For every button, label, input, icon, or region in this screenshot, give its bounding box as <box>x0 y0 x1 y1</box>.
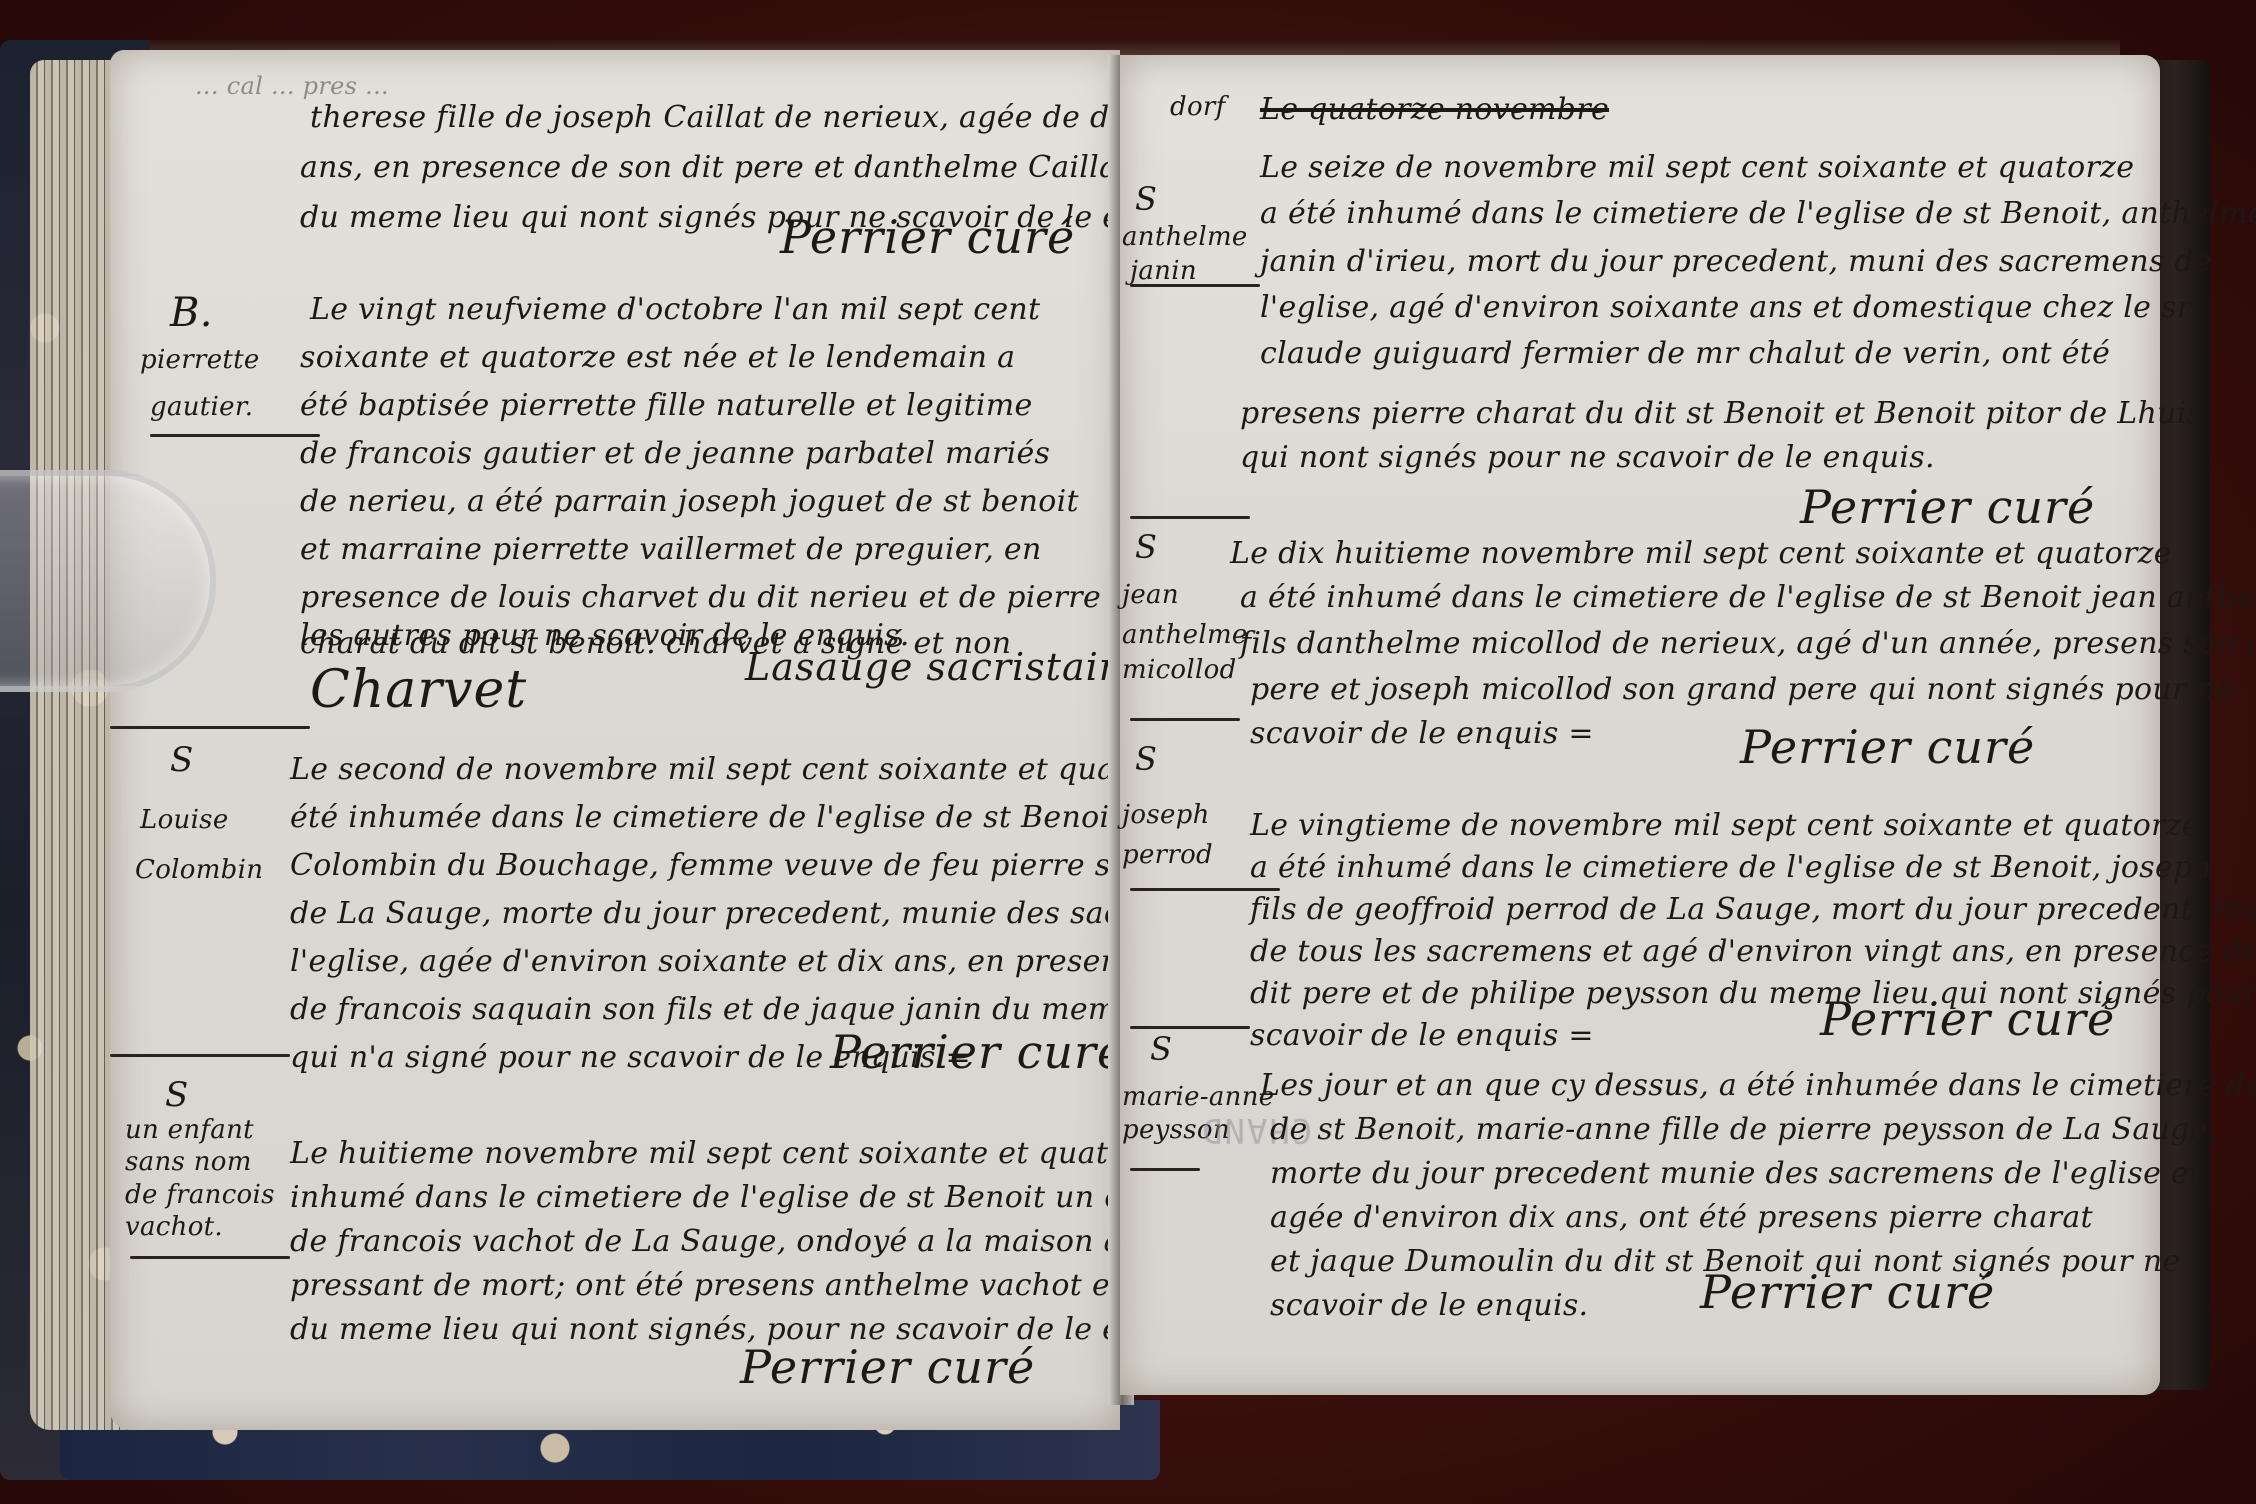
r-entry-4-line-6: scavoir de le enquis. <box>1270 1288 1588 1323</box>
r-entry-1-line-3: janin d'irieu, mort du jour precedent, m… <box>1260 244 2212 279</box>
r-entry-1-line-7: qui nont signés pour ne scavoir de le en… <box>1240 440 1935 475</box>
entry-divider-r1 <box>1130 284 1260 287</box>
entry-1-line-1: Le vingt neufvieme d'octobre l'an mil se… <box>310 292 1040 327</box>
signature-perrier-5: Perrier curé <box>1740 720 2035 774</box>
margin-line-2: sans nom <box>125 1147 252 1177</box>
entry-divider-r2 <box>1130 516 1250 519</box>
transparent-page-weight <box>0 470 216 692</box>
margin-line-1: jean <box>1122 580 1179 610</box>
entry-1-line-6: et marraine pierrette vaillermet de preg… <box>300 532 1042 567</box>
signature-perrier-1: Perrier curé <box>780 210 1075 264</box>
entry-divider-r5 <box>1130 1026 1250 1029</box>
signature-perrier-2: Perrier curé <box>830 1025 1125 1079</box>
entry-1-line-2: soixante et quatorze est née et le lende… <box>300 340 1015 375</box>
margin-line-4: vachot. <box>125 1212 223 1242</box>
signature-charvet: Charvet <box>310 660 527 720</box>
margin-name-first: anthelme <box>1122 222 1248 252</box>
r-entry-2-line-3: fils danthelme micollod de nerieux, agé … <box>1240 626 2256 661</box>
margin-line-2: anthelme <box>1122 620 1248 650</box>
entry-1-line-4: de francois gautier et de jeanne parbate… <box>300 436 1050 471</box>
r-entry-1-line-5: claude guiguard fermier de mr chalut de … <box>1260 336 2110 371</box>
continued-entry-line-1: therese fille de joseph Caillat de nerie… <box>310 100 1164 135</box>
margin-baptism-mark: B. <box>170 290 213 336</box>
entry-1-line-7: presence de louis charvet du dit nerieu … <box>300 580 1101 615</box>
r-entry-1-line-6: presens pierre charat du dit st Benoit e… <box>1240 396 2202 431</box>
margin-note: dorf <box>1170 92 1226 122</box>
margin-name-last: Colombin <box>135 855 263 885</box>
r-entry-4-line-1: Les jour et an que cy dessus, a été inhu… <box>1260 1068 2256 1103</box>
margin-burial-mark: S <box>1135 740 1157 778</box>
entry-2-line-6: de francois saquain son fils et de jaque… <box>290 992 1202 1027</box>
signature-perrier-7: Perrier curé <box>1700 1265 1995 1319</box>
margin-arrow-rule <box>150 434 320 437</box>
r-entry-3-line-1: Le vingtieme de novembre mil sept cent s… <box>1250 808 2200 843</box>
entry-divider-r3 <box>1130 718 1240 721</box>
continued-entry-line-2: ans, en presence de son dit pere et dant… <box>300 150 1130 185</box>
margin-name-first: pierrette <box>140 345 260 375</box>
margin-burial-mark: S <box>170 740 194 780</box>
margin-burial-mark: S <box>1150 1030 1172 1068</box>
margin-line-3: micollod <box>1122 655 1237 685</box>
entry-divider-3 <box>110 1054 290 1057</box>
signature-perrier-4: Perrier curé <box>1800 480 2095 534</box>
signature-perrier-6: Perrier curé <box>1820 992 2115 1046</box>
entry-divider-2 <box>110 726 310 729</box>
margin-burial-mark: S <box>1135 528 1157 566</box>
r-entry-3-line-6: scavoir de le enquis = <box>1250 1018 1594 1053</box>
entry-divider-4 <box>130 1256 290 1259</box>
entry-divider-r6 <box>1130 1168 1200 1171</box>
r-entry-4-line-3: morte du jour precedent munie des sacrem… <box>1270 1156 2201 1191</box>
margin-name-last: janin <box>1130 256 1197 286</box>
entry-2-line-2: été inhumée dans le cimetiere de l'eglis… <box>290 800 1243 835</box>
margin-line-2: perrod <box>1122 840 1213 870</box>
margin-line-1: un enfant <box>125 1115 254 1145</box>
margin-line-1: marie-anne <box>1122 1082 1274 1112</box>
entry-1-line-5: de nerieu, a été parrain joseph joguet d… <box>300 484 1079 519</box>
r-entry-1-line-2: a été inhumé dans le cimetiere de l'egli… <box>1260 196 2256 231</box>
r-entry-4-line-2: de st Benoit, marie-anne fille de pierre… <box>1270 1112 2218 1147</box>
struck-heading: Le quatorze novembre <box>1260 92 1609 127</box>
signature-lasauge-sacristain: Lasauge sacristain <box>745 645 1124 689</box>
margin-line-3: de francois <box>125 1180 275 1210</box>
r-entry-3-line-4: de tous les sacremens et agé d'environ v… <box>1250 934 2256 969</box>
left-page-top-faint-text: ... cal ... pres ... <box>195 72 389 100</box>
r-entry-2-line-5: scavoir de le enquis = <box>1250 716 1594 751</box>
entry-2-line-5: l'eglise, agée d'environ soixante et dix… <box>290 944 1156 979</box>
entry-divider-r4 <box>1130 888 1280 891</box>
entry-1-line-3: été baptisée pierrette fille naturelle e… <box>300 388 1033 423</box>
margin-burial-mark: S <box>1135 180 1157 218</box>
r-entry-4-line-4: agée d'environ dix ans, ont été presens … <box>1270 1200 2093 1235</box>
margin-name-first: Louise <box>140 805 229 835</box>
signature-perrier-3: Perrier curé <box>740 1340 1035 1394</box>
r-entry-3-line-3: fils de geoffroid perrod de La Sauge, mo… <box>1250 892 2256 927</box>
r-entry-1-line-1: Le seize de novembre mil sept cent soixa… <box>1260 150 2134 185</box>
r-entry-1-line-4: l'eglise, agé d'environ soixante ans et … <box>1260 290 2191 325</box>
r-entry-2-line-4: pere et joseph micollod son grand pere q… <box>1250 672 2234 707</box>
r-entry-3-line-2: a été inhumé dans le cimetiere de l'egli… <box>1250 850 2212 885</box>
entry-2-line-1: Le second de novembre mil sept cent soix… <box>290 752 1223 787</box>
r-entry-2-line-2: a été inhumé dans le cimetiere de l'egli… <box>1240 580 2256 615</box>
margin-burial-mark: S <box>165 1075 189 1115</box>
entry-2-line-3: Colombin du Bouchage, femme veuve de feu… <box>290 848 1225 883</box>
r-entry-2-line-1: Le dix huitieme novembre mil sept cent s… <box>1230 536 2172 571</box>
margin-name-last: gautier. <box>150 392 253 422</box>
margin-line-1: joseph <box>1122 800 1210 830</box>
